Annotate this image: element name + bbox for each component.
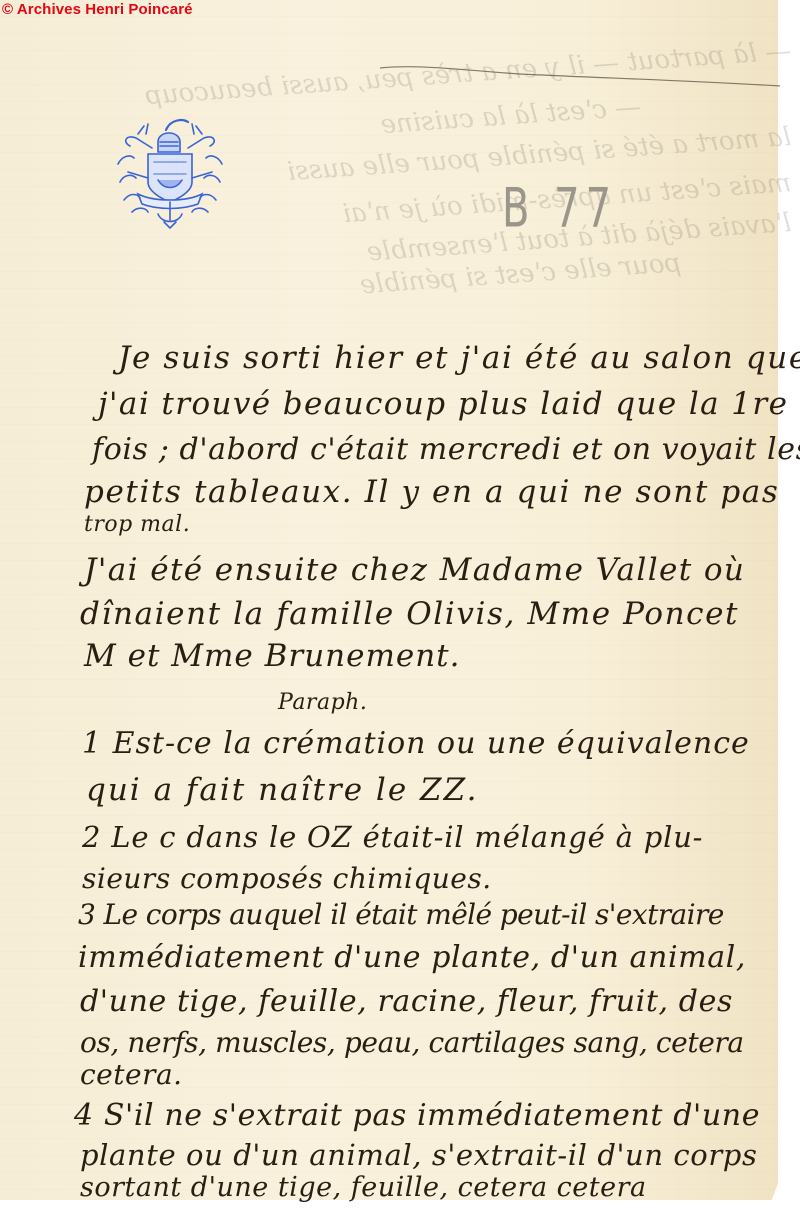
letter-line: dînaient la famille Olivis, Mme Poncet xyxy=(80,596,739,632)
letter-line: sieurs composés chimiques. xyxy=(82,862,492,895)
archive-pencil-mark: B 77 xyxy=(502,178,617,240)
letter-line: fois ; d'abord c'était mercredi et on vo… xyxy=(92,432,800,467)
letter-line: 4 S'il ne s'extrait pas immédiatement d'… xyxy=(74,1098,760,1133)
copyright-watermark: © Archives Henri Poincaré xyxy=(2,1,193,18)
letter-line: qui a fait naître le ZZ. xyxy=(86,772,478,808)
letter-line: immédiatement d'une plante, d'un animal, xyxy=(78,940,746,975)
letter-line: plante ou d'un animal, s'extrait-il d'un… xyxy=(80,1138,757,1172)
letter-line: trop mal. xyxy=(84,512,190,537)
letter-line: d'une tige, feuille, racine, fleur, frui… xyxy=(80,984,733,1019)
letter-line: j'ai trouvé beaucoup plus laid que la 1r… xyxy=(98,386,788,422)
letter-line: M et Mme Brunement. xyxy=(84,638,460,674)
letter-line: cetera. xyxy=(80,1058,183,1091)
letter-line: petits tableaux. Il y en a qui ne sont p… xyxy=(84,474,779,510)
heraldic-crest-icon xyxy=(108,112,232,230)
letter-section-heading: Paraph. xyxy=(278,690,367,715)
letter-line: sortant d'une tige, feuille, cetera cete… xyxy=(80,1172,647,1203)
paper-fold-crease xyxy=(380,60,780,100)
letter-line: os, nerfs, muscles, peau, cartilages san… xyxy=(80,1026,744,1059)
letter-line: J'ai été ensuite chez Madame Vallet où xyxy=(84,552,745,588)
letter-line: 2 Le c dans le OZ était-il mélangé à plu… xyxy=(82,820,703,854)
letter-line: Je suis sorti hier et j'ai été au salon … xyxy=(118,340,800,376)
letter-line: 1 Est-ce la crémation ou une équivalence xyxy=(82,726,750,761)
letter-line: 3 Le corps auquel il était mêlé peut-il … xyxy=(78,898,724,931)
